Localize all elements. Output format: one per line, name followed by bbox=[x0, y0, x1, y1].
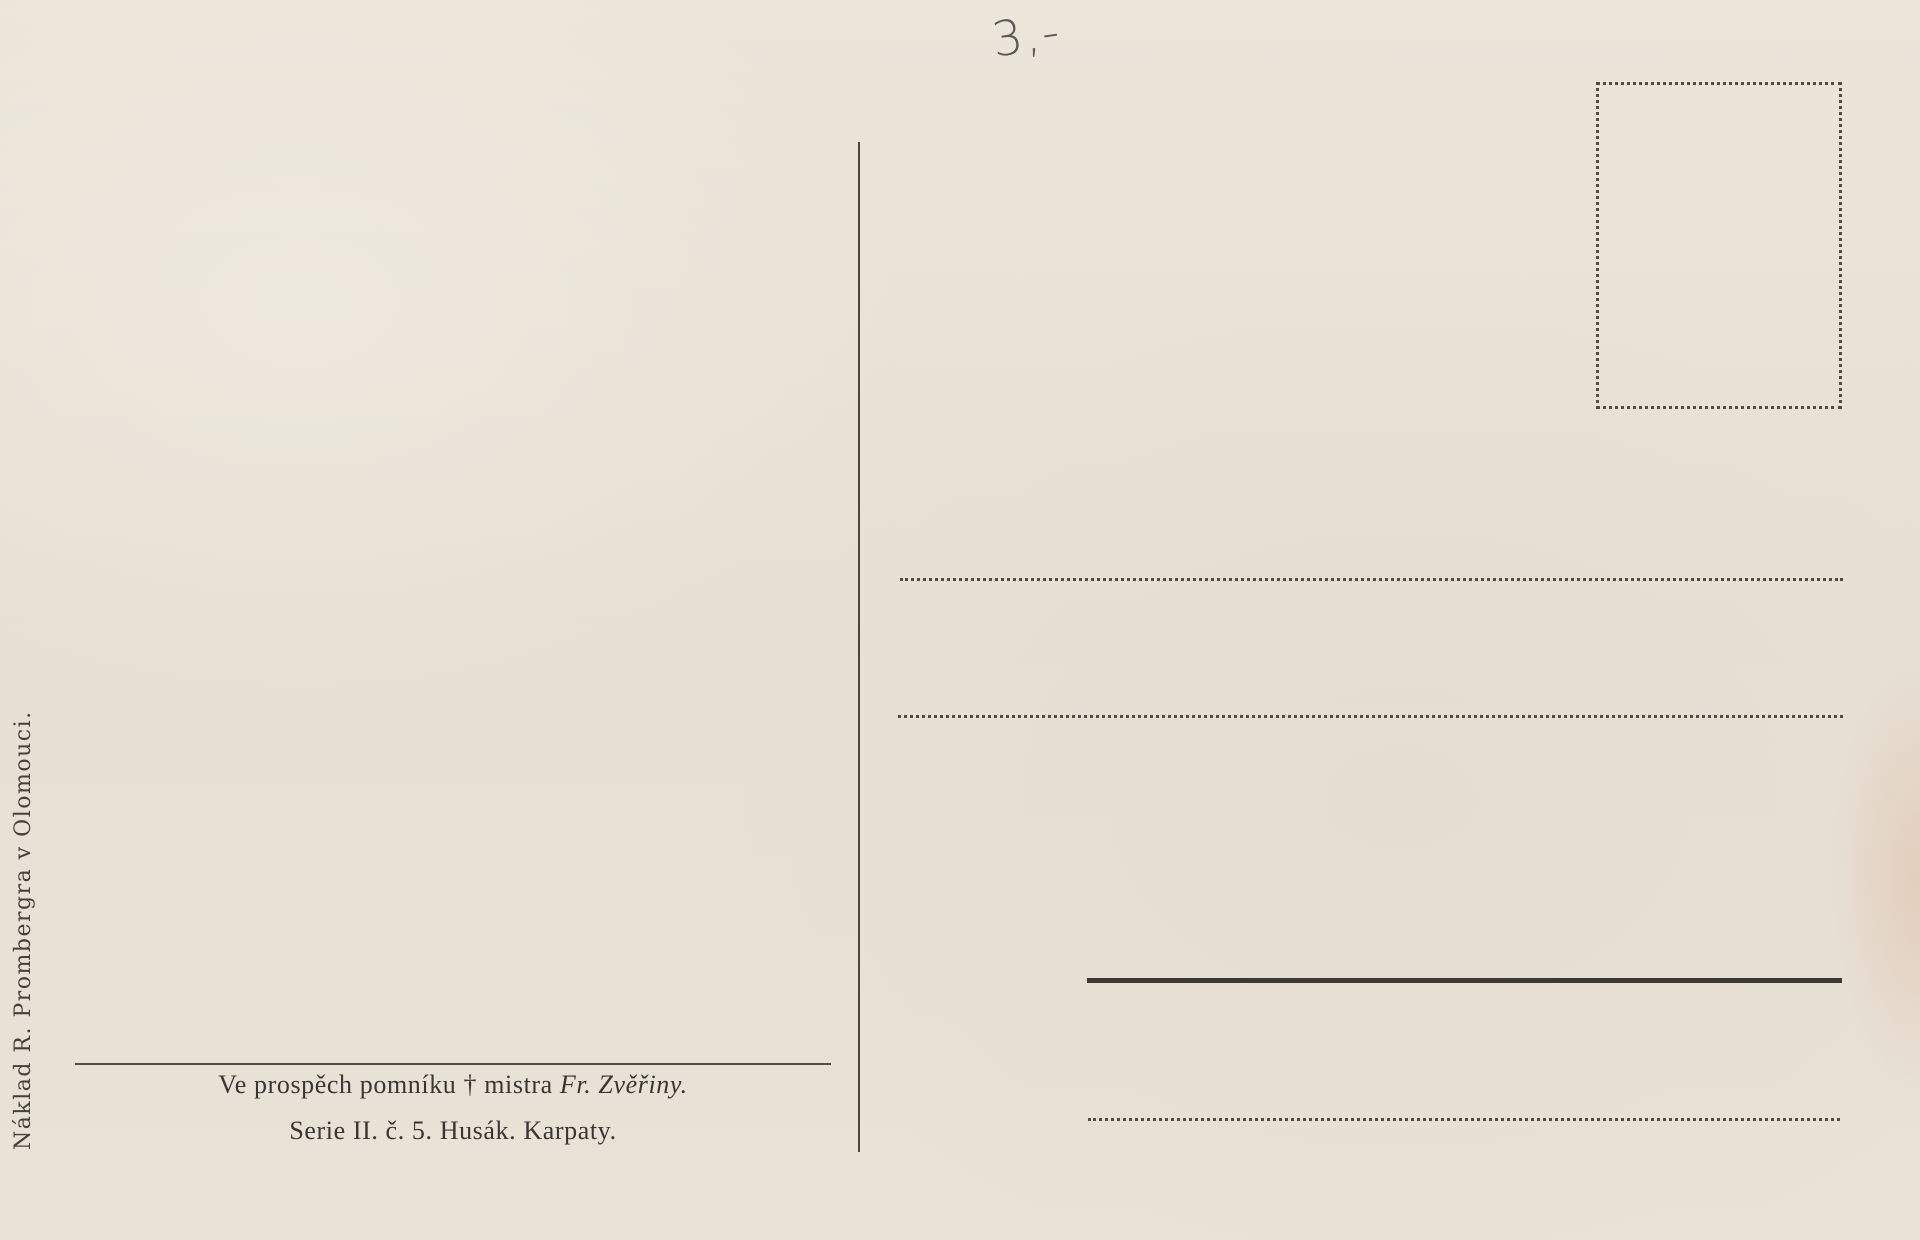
caption-rule bbox=[75, 1063, 831, 1065]
publisher-imprint: Náklad R. Prombergra v Olomouci. bbox=[10, 630, 38, 1150]
caption-line-1-text: Ve prospěch pomníku † mistra bbox=[218, 1070, 553, 1099]
address-line-4 bbox=[1088, 1118, 1840, 1121]
handwritten-price: 3,- bbox=[988, 3, 1064, 68]
postcard-back: 3,- Náklad R. Prombergra v Olomouci. Ve … bbox=[0, 0, 1920, 1240]
caption-line-1: Ve prospěch pomníku † mistra Fr. Zvěřiny… bbox=[75, 1070, 831, 1100]
message-address-divider bbox=[858, 142, 860, 1152]
caption-line-2: Serie II. č. 5. Husák. Karpaty. bbox=[75, 1116, 831, 1146]
stamp-placement-box bbox=[1596, 82, 1842, 409]
caption-line-1-italic: Fr. Zvěřiny. bbox=[560, 1070, 688, 1099]
address-line-3-solid bbox=[1087, 978, 1842, 983]
address-line-1 bbox=[900, 578, 1843, 581]
address-line-2 bbox=[898, 715, 1843, 718]
